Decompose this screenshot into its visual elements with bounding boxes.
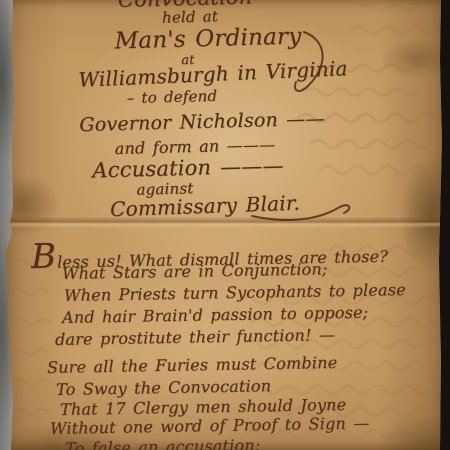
poem-line-without-proof: Without one word of Proof to Sign — <box>50 415 370 437</box>
title-line-to-defend: – to defend <box>127 89 218 106</box>
poem-line-hair-braind: And hair Brain'd passion to oppose; <box>62 305 369 326</box>
poem-line-prostitute-function: dare prostitute their function! — <box>55 327 335 348</box>
title-line-governor-nicholson: Governor Nicholson —— <box>79 110 325 135</box>
title-line-held-at: held at <box>162 9 218 25</box>
title-line-accusation: Accusation ——— <box>92 155 284 181</box>
poem-line-furies-combine: Sure all the Furies must Combine <box>47 355 338 376</box>
poem-line-when-priests: When Priests turn Sycophants to please <box>64 282 406 304</box>
title-line-commissary-blair: Commissary Blair. <box>110 193 300 220</box>
title-line-mans-ordinary: Man's Ordinary <box>114 26 301 54</box>
manuscript-scan-background: Convocation ———— held at Man's Ordinary … <box>0 0 450 450</box>
poem-line-sway-convocation: To Sway the Convocation <box>56 378 271 398</box>
title-line-williamsburgh: Williamsburgh in Virginia <box>78 58 348 90</box>
manuscript-page: Convocation ———— held at Man's Ordinary … <box>0 0 450 450</box>
title-line-convocation: Convocation ———— <box>118 0 347 11</box>
poem-line-what-stars: What Stars are in Conjunction; <box>62 261 328 282</box>
poem-line-false-accusation: To false an accusation: <box>65 438 261 450</box>
